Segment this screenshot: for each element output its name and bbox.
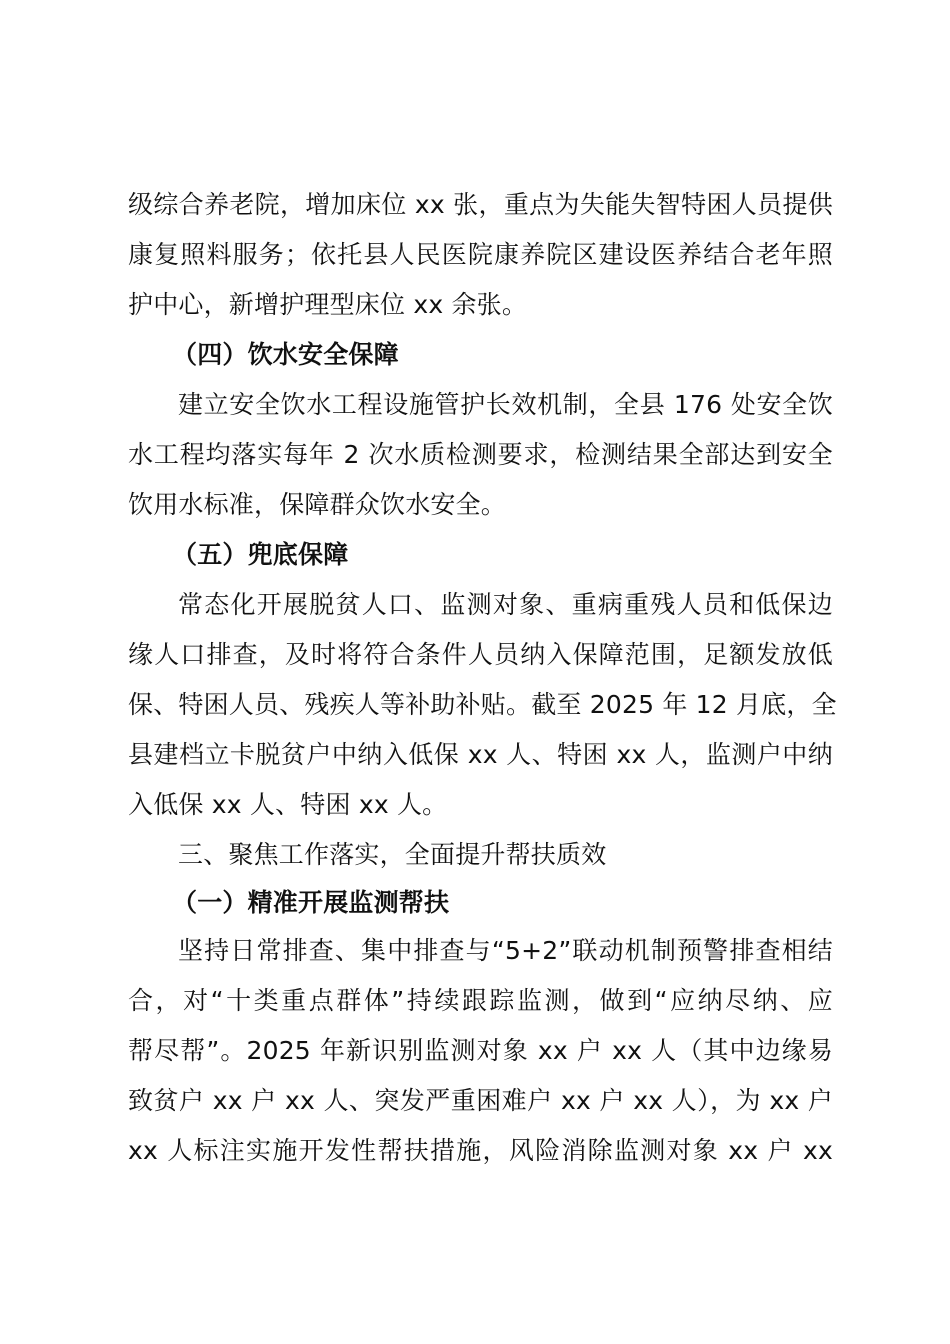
paragraph-line: 坚持日常排查、集中排查与“5+2”联动机制预警排查相结 [178, 935, 833, 967]
subheading-water-safety: （四）饮水安全保障 [172, 339, 877, 371]
subheading-safety-net: （五）兜底保障 [172, 539, 877, 571]
paragraph-line: xx 人标注实施开发性帮扶措施，风险消除监测对象 xx 户 xx [128, 1135, 833, 1167]
section-heading: 三、聚焦工作落实，全面提升帮扶质效 [178, 839, 883, 871]
paragraph-line: 合，对“十类重点群体”持续跟踪监测，做到“应纳尽纳、应 [128, 985, 833, 1017]
paragraph-line: 康复照料服务；依托县人民医院康养院区建设医养结合老年照 [128, 239, 833, 271]
subheading-monitoring-assistance: （一）精准开展监测帮扶 [172, 887, 877, 919]
paragraph-line: 常态化开展脱贫人口、监测对象、重病重残人员和低保边 [178, 589, 833, 621]
paragraph-line: 缘人口排查，及时将符合条件人员纳入保障范围，足额发放低 [128, 639, 833, 671]
paragraph-line: 帮尽帮”。2025 年新识别监测对象 xx 户 xx 人（其中边缘易 [128, 1035, 833, 1067]
paragraph-line: 保、特困人员、残疾人等补助补贴。截至 2025 年 12 月底，全 [128, 689, 833, 721]
paragraph-line: 致贫户 xx 户 xx 人、突发严重困难户 xx 户 xx 人），为 xx 户 [128, 1085, 833, 1117]
paragraph-line: 水工程均落实每年 2 次水质检测要求，检测结果全部达到安全 [128, 439, 833, 471]
paragraph-line: 入低保 xx 人、特困 xx 人。 [128, 789, 833, 821]
paragraph-line: 建立安全饮水工程设施管护长效机制，全县 176 处安全饮 [178, 389, 833, 421]
paragraph-line: 护中心，新增护理型床位 xx 余张。 [128, 289, 833, 321]
paragraph-line: 饮用水标准，保障群众饮水安全。 [128, 489, 833, 521]
document-page: 级综合养老院，增加床位 xx 张，重点为失能失智特困人员提供 康复照料服务；依托… [0, 0, 950, 1344]
paragraph-line: 县建档立卡脱贫户中纳入低保 xx 人、特困 xx 人，监测户中纳 [128, 739, 833, 771]
paragraph-line: 级综合养老院，增加床位 xx 张，重点为失能失智特困人员提供 [128, 189, 833, 221]
